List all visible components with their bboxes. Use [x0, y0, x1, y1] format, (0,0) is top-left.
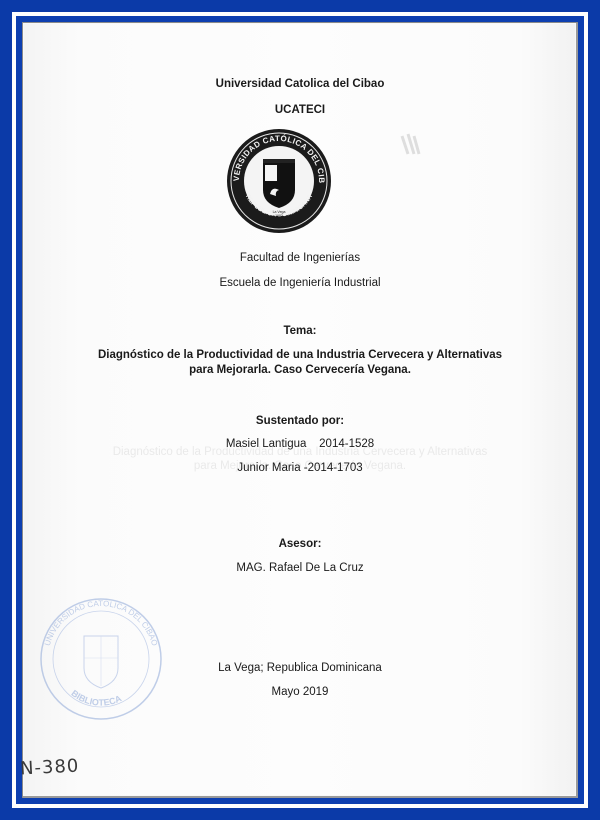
bleed-through-mark [372, 128, 432, 178]
location: La Vega; Republica Dominicana [0, 662, 600, 674]
handwritten-note: N-380 [19, 755, 79, 779]
advisor-name: MAG. Rafael De La Cruz [0, 562, 600, 574]
topic-title-line1: Diagnóstico de la Productividad de una I… [0, 349, 600, 361]
faculty-name: Facultad de Ingenierías [0, 252, 600, 264]
topic-title-line2: para Mejorarla. Caso Cervecería Vegana. [0, 364, 600, 376]
date: Mayo 2019 [0, 686, 600, 698]
advisor-label: Asesor: [0, 538, 600, 550]
university-name: Universidad Catolica del Cibao [0, 78, 600, 90]
library-stamp-icon: UNIVERSIDAD CATOLICA DEL CIBAO BIBLIOTEC… [36, 596, 166, 722]
school-name: Escuela de Ingeniería Industrial [0, 277, 600, 289]
university-acronym: UCATECI [0, 104, 600, 116]
topic-label: Tema: [0, 325, 600, 337]
author-2: Junior Maria -2014-1703 [0, 462, 600, 474]
svg-text:1983: 1983 [275, 214, 283, 218]
author-1: Masiel Lantigua 2014-1528 [0, 438, 600, 450]
university-seal-icon: UNIVERSIDAD CATÓLICA DEL CIBAO REPUBLICA… [226, 128, 332, 234]
presented-by-label: Sustentado por: [0, 415, 600, 427]
